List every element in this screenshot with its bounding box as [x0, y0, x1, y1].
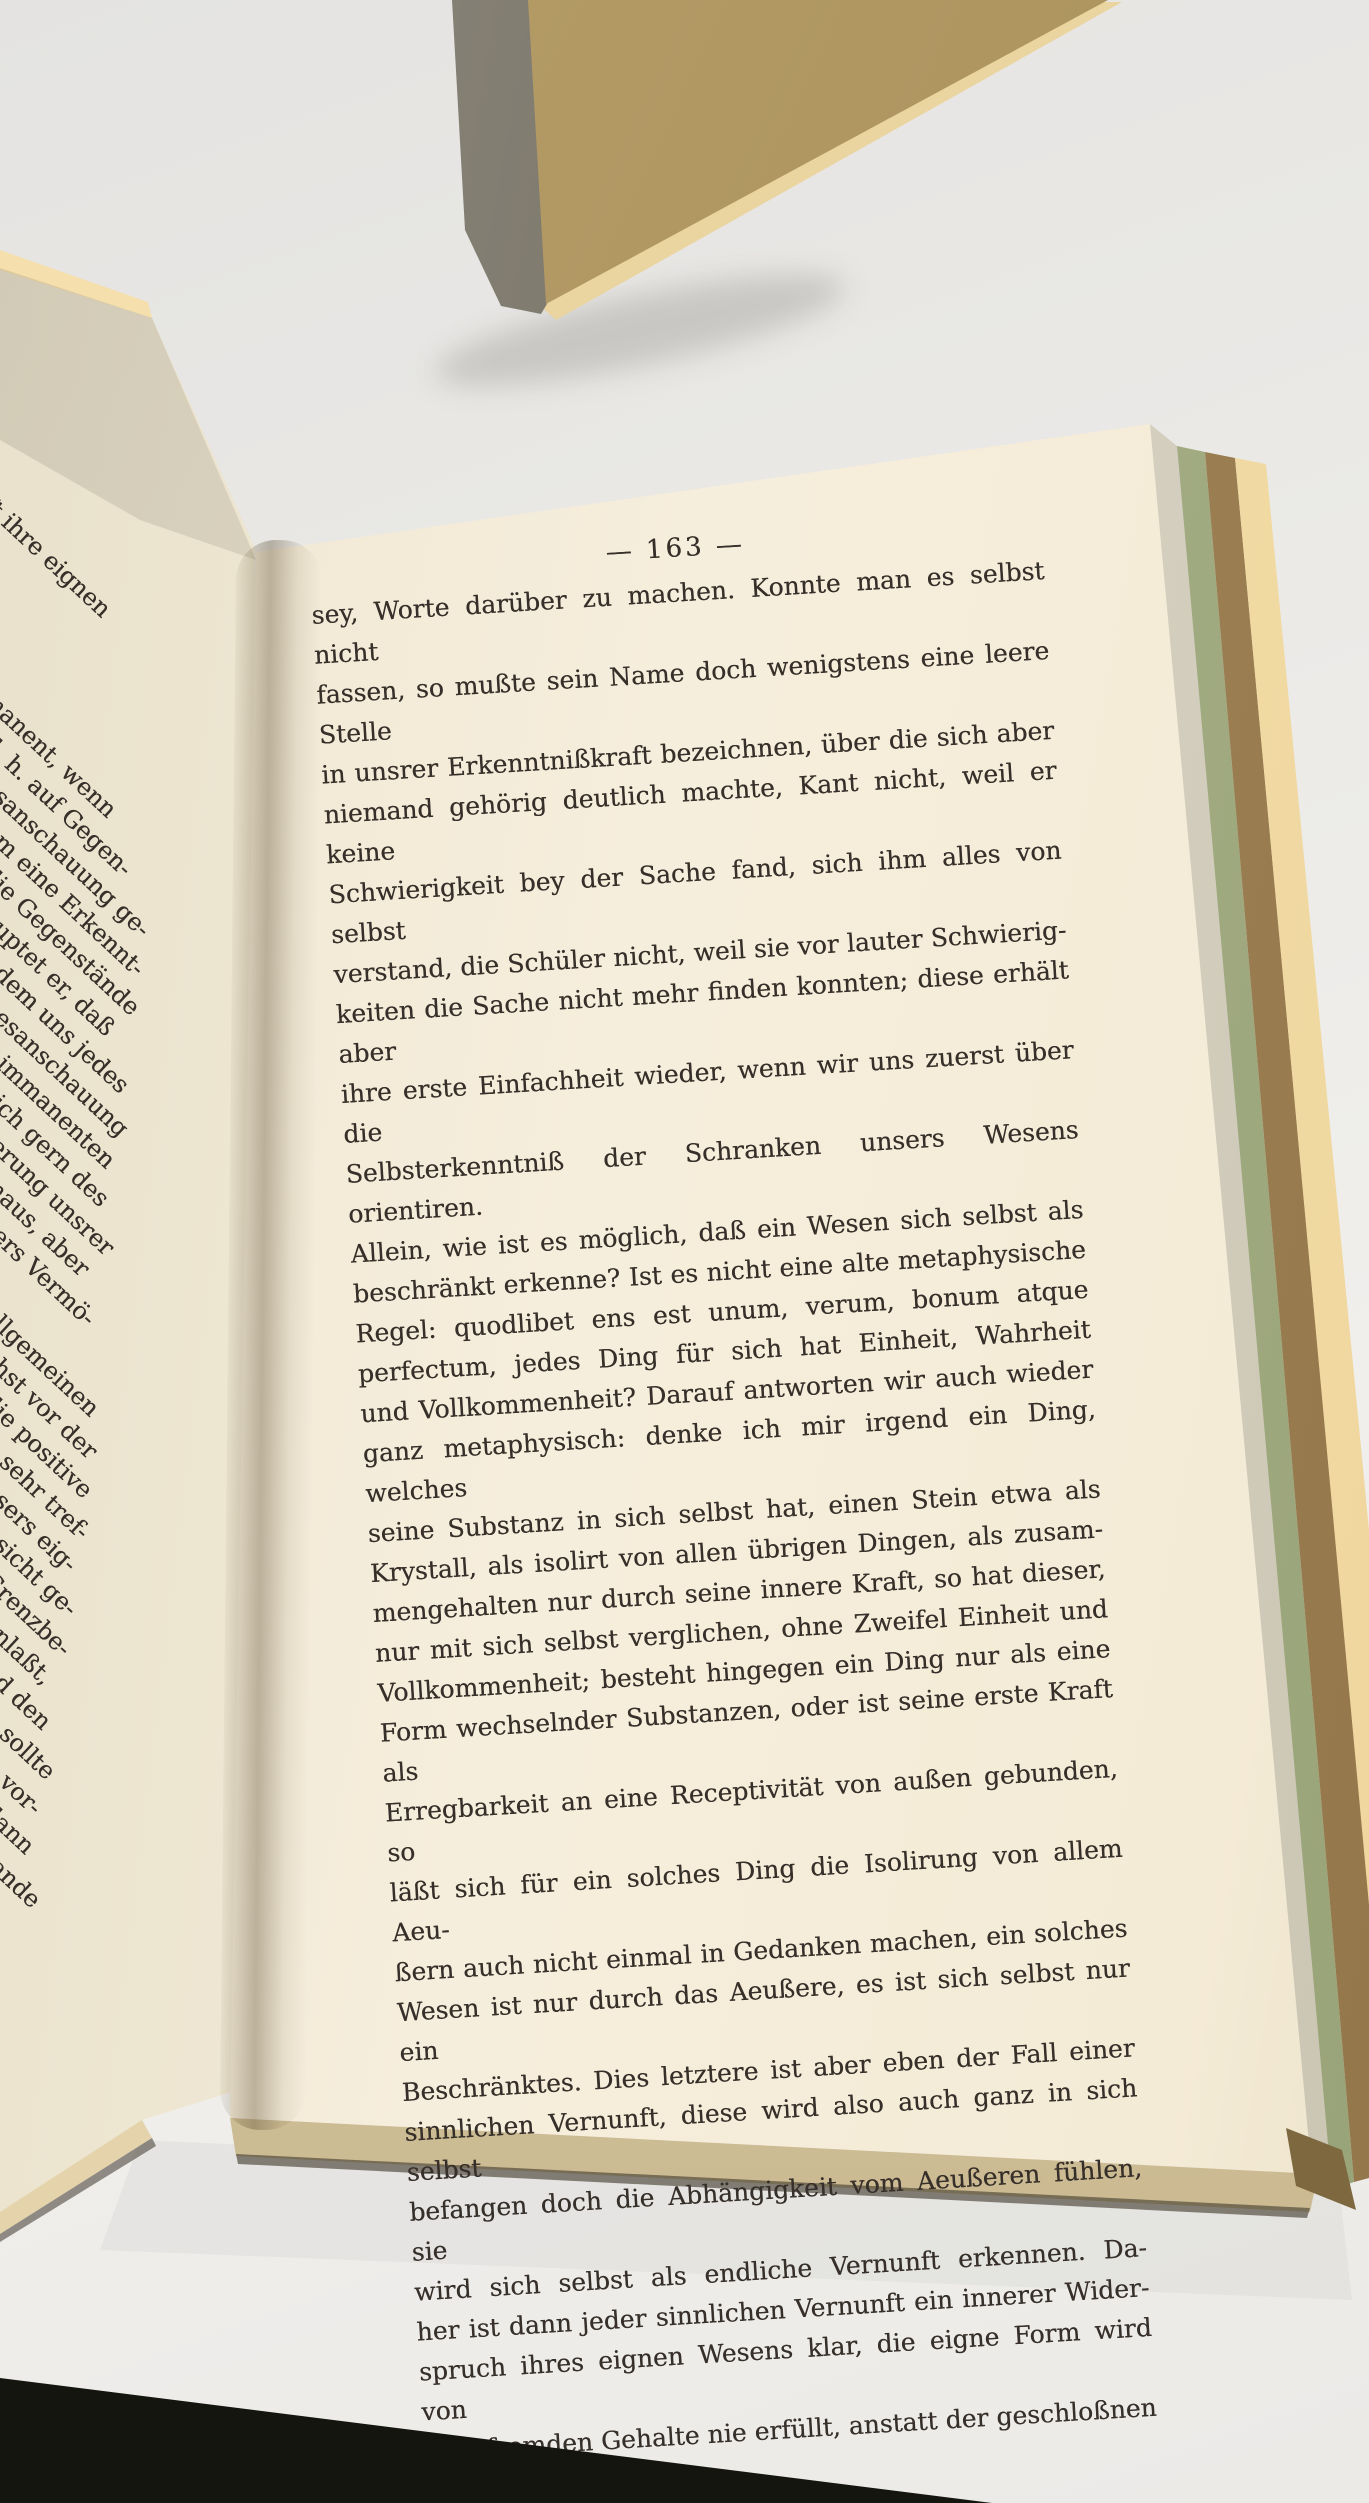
text-lines: sey, Worte darüber zu machen. Konnte man… — [310, 551, 1157, 2472]
left-page-text-fragment: ft ihre eignen — [0, 490, 117, 623]
photo-scene: ft ihre eignenmanent, wennd. h. auf Gege… — [0, 0, 1369, 2503]
body-text: — 163 — sey, Worte darüber zu machen. Ko… — [308, 511, 1158, 2472]
